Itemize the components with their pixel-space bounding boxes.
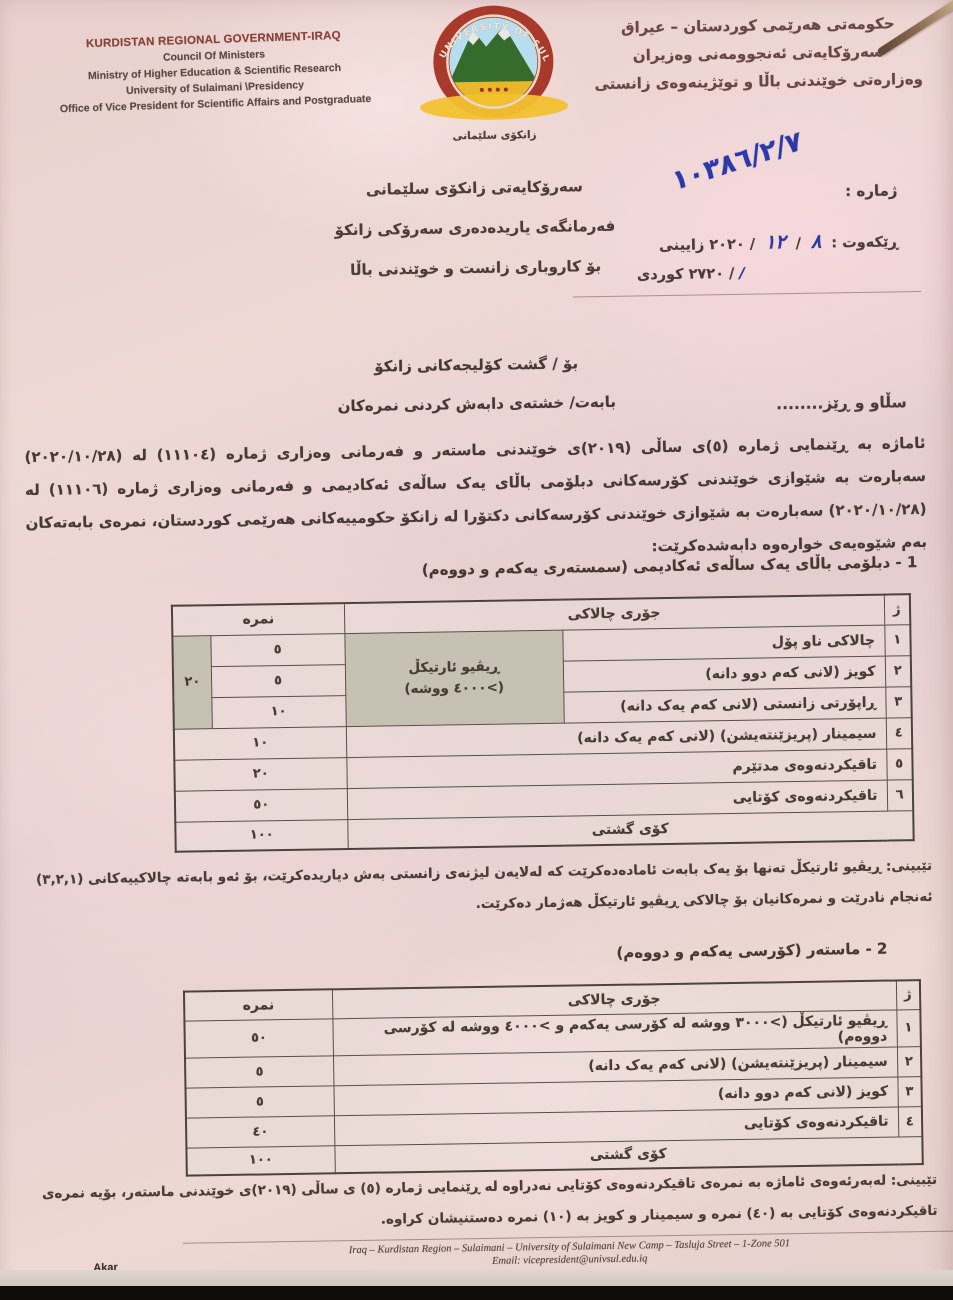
affairs-line: بۆ کاروباری زانست و خوێندنی باڵا [317,246,634,291]
date-year-era: / ٢٠٢٠ زایینی [659,237,755,255]
to-line: بۆ / گشت کۆلیجەکانی زانکۆ [269,343,684,388]
ministry-line-ku: وەزارەتی خوێندنی باڵا و توێژینەوەی زانست… [590,65,928,98]
date-slash: / [796,236,802,252]
cell-no: ٤ [898,1106,922,1136]
cell-mark: ٥٠ [175,788,347,822]
cell-no: ٢ [897,1046,921,1076]
review-article-merged-cell: ڕیڤیو ئارتیکڵ (>٤٠٠٠ ووشە) [344,630,563,726]
directorate-line: فەرمانگەی یاریدەدەری سەرۆکی زانکۆ [317,206,634,251]
cell-activity: چالاکی ناو پۆل [562,625,884,661]
cell-mark: ١٠ [211,695,345,728]
diploma-marks-table: ژ جۆری چالاکی نمرە ١ چالاکی ناو پۆل ڕیڤی… [171,593,915,853]
reference-number-label: ژمارە : [845,181,898,200]
page-content: KURDISTAN REGIONAL GOVERNMENT-IRAQ Counc… [0,0,953,1300]
cell-no: ١ [896,1009,921,1046]
english-letterhead: KURDISTAN REGIONAL GOVERNMENT-IRAQ Counc… [19,26,409,119]
cell-mark: ٥٠ [184,1018,333,1057]
cell-mark: ٢٠ [174,757,346,791]
cell-activity: ڕاپۆرتی زانستی (لانی کەم یەک دانە) [563,687,885,723]
total-mark: ١٠٠ [186,1145,334,1175]
kurdish-year: / ٢٧٢٠ کوردی [637,266,735,284]
cell-activity: کویز (لانی کەم دوو دانە) [563,656,885,692]
kurdish-year-line: / / ٢٧٢٠ کوردی [637,265,803,284]
cell-mark: ٥ [185,1055,333,1087]
cell-no: ٢ [885,655,911,686]
cell-no: ٣ [885,686,911,717]
section2-heading: 2 - ماستەر (کۆرسی یەکەم و دووەم) [616,940,887,962]
scanned-letter-page: KURDISTAN REGIONAL GOVERNMENT-IRAQ Counc… [0,0,953,1300]
cell-mark: ٤٠ [186,1115,334,1147]
divider-line [573,291,921,297]
office-block: سەرۆکایەتی زانکۆی سلێمانی فەرمانگەی یاری… [316,166,634,291]
seal-caption: زانکۆی سلێمانی [414,128,574,143]
cell-mark: ٥ [185,1085,333,1117]
kurdish-letterhead: حکومەتی هەرێمی کوردستان – عیراق سەرۆکایە… [589,9,928,98]
handwritten-slash: / [739,266,745,282]
university-seal: UNIVERSITY OF SULAIMANI زانکۆی سلێمانی [412,2,574,142]
cell-no: ٥ [886,748,912,779]
header-no: ژ [884,594,910,624]
cell-mark: ٥ [211,664,345,697]
body-paragraph: ئاماژە بە ڕێنمایی ژمارە (٥)ی ساڵی (٢٠١٩)… [24,427,927,573]
university-seal-graphic: UNIVERSITY OF SULAIMANI [412,2,574,126]
cell-no: ٣ [897,1076,921,1106]
merged-mark-cell: ٢٠ [172,635,211,729]
subject-line: بابەت/ خشتەی دابەش کردنی نمرەکان [269,382,684,427]
cell-mark: ١٠ [174,726,346,760]
cell-mark: ٥ [210,633,344,666]
cell-no: ١ [884,624,910,655]
handwritten-reference-number: ١٠٣٨٦/٢/٧ [634,114,840,209]
master-marks-table: ژ جۆری چالاکی نمرە ١ ڕیڤیو ئارتیکڵ (>٣٠٠… [183,979,924,1177]
total-mark: ١٠٠ [175,819,347,852]
addressee-block: بۆ / گشت کۆلیجەکانی زانکۆ بابەت/ خشتەی د… [269,343,684,427]
header-mark: نمرە [172,603,344,636]
cell-no: ٤ [886,717,912,748]
header-no: ژ [896,980,920,1009]
section2-note: تێبینی: لەبەرئەوەی ئاماژە بە نمرەی تاقیک… [36,1165,938,1241]
handwritten-month: ١٢ [765,231,786,253]
reference-date-line: ڕێکەوت : ٨ / ١٢ / ٢٠٢٠ زایینی [659,229,899,255]
salutation: سڵاو و ڕێز........ [776,393,907,413]
section1-note: تێبینی: ڕیڤیو ئارتیکڵ تەنها بۆ یەک بابەت… [31,851,933,927]
scan-edge-strip [0,1270,953,1287]
presidency-line: سەرۆکایەتی زانکۆی سلێمانی [316,166,633,211]
review-article-line2: (>٤٠٠٠ ووشە) [352,676,557,700]
handwritten-day: ٨ [811,231,822,253]
header-mark: نمرە [184,989,332,1020]
cell-no: ٦ [887,779,913,810]
date-label: ڕێکەوت : [831,234,898,251]
scan-black-bar [0,1286,953,1300]
